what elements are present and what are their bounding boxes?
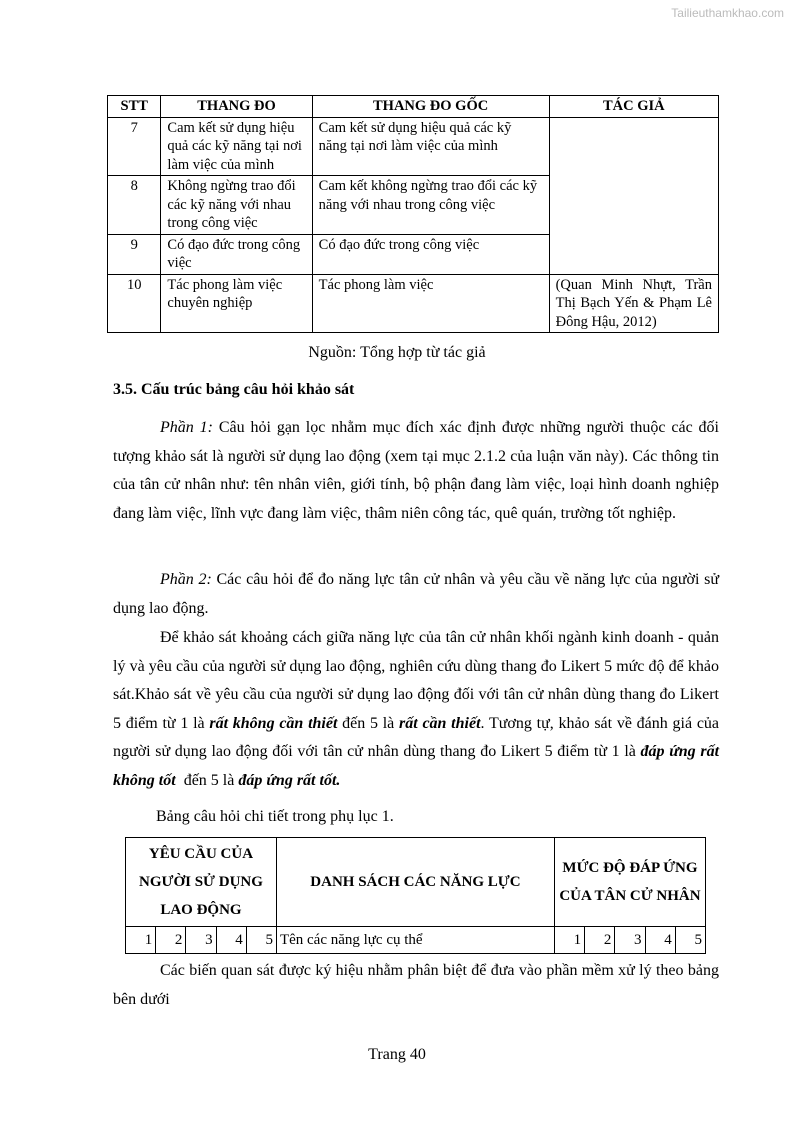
- cell-scale: Tác phong làm việc chuyên nghiệp: [161, 274, 312, 333]
- paragraph-part2: Phần 2: Các câu hỏi để đo năng lực tân c…: [113, 566, 719, 623]
- text: đến 5 là: [337, 715, 399, 732]
- cell-stt: 8: [108, 176, 161, 235]
- paragraph-part1: Phần 1: Câu hỏi gạn lọc nhằm mục đích xá…: [113, 414, 719, 528]
- left-scale-5: 5: [246, 927, 276, 954]
- text: đến 5 là: [176, 772, 239, 789]
- header-employer-requirement: YÊU CẦU CỦA NGƯỜI SỬ DỤNG LAO ĐỘNG: [126, 838, 277, 927]
- header-competency-list: DANH SÁCH CÁC NĂNG LỰC: [276, 838, 554, 927]
- watermark: Tailieuthamkhao.com: [671, 6, 784, 20]
- header-original-scale: THANG ĐO GỐC: [312, 96, 549, 118]
- cell-stt: 10: [108, 274, 161, 333]
- paragraph-appendix: Bảng câu hỏi chi tiết trong phụ lục 1.: [113, 803, 719, 832]
- right-scale-3: 3: [615, 927, 645, 954]
- emphasis: rất không cần thiết: [209, 715, 337, 732]
- page-number: Trang 40: [0, 1046, 794, 1064]
- left-scale-4: 4: [216, 927, 246, 954]
- left-scale-1: 1: [126, 927, 156, 954]
- text: Các biến quan sát được ký hiệu nhằm phân…: [113, 962, 719, 1008]
- emphasis: rất cần thiết: [399, 715, 481, 732]
- header-stt: STT: [108, 96, 161, 118]
- cell-original: Cam kết không ngừng trao đổi các kỹ năng…: [312, 176, 549, 235]
- part2-label: Phần 2:: [160, 571, 212, 588]
- header-scale: THANG ĐO: [161, 96, 312, 118]
- questionnaire-structure-table: YÊU CẦU CỦA NGƯỜI SỬ DỤNG LAO ĐỘNG DANH …: [125, 837, 706, 954]
- cell-scale: Có đạo đức trong công việc: [161, 234, 312, 274]
- table-row: 10 Tác phong làm việc chuyên nghiệp Tác …: [108, 274, 719, 333]
- cell-stt: 7: [108, 117, 161, 176]
- table-source: Nguồn: Tổng hợp từ tác giả: [0, 344, 794, 362]
- table-row: 7 Cam kết sử dụng hiệu quả các kỹ năng t…: [108, 117, 719, 176]
- cell-original: Có đạo đức trong công việc: [312, 234, 549, 274]
- table-header-row: STT THANG ĐO THANG ĐO GỐC TÁC GIẢ: [108, 96, 719, 118]
- table-row: 1 2 3 4 5 Tên các năng lực cụ thể 1 2 3 …: [126, 927, 706, 954]
- cell-stt: 9: [108, 234, 161, 274]
- left-scale-2: 2: [156, 927, 186, 954]
- cell-original: Cam kết sử dụng hiệu quả các kỹ năng tại…: [312, 117, 549, 176]
- competency-name: Tên các năng lực cụ thể: [276, 927, 554, 954]
- table-header-row: YÊU CẦU CỦA NGƯỜI SỬ DỤNG LAO ĐỘNG DANH …: [126, 838, 706, 927]
- cell-author-empty: [549, 117, 718, 274]
- cell-original: Tác phong làm việc: [312, 274, 549, 333]
- paragraph-variables: Các biến quan sát được ký hiệu nhằm phân…: [113, 957, 719, 1014]
- paragraph-likert: Để khảo sát khoảng cách giữa năng lực củ…: [113, 624, 719, 795]
- right-scale-4: 4: [645, 927, 675, 954]
- text: Bảng câu hỏi chi tiết trong phụ lục 1.: [156, 808, 394, 825]
- cell-scale: Không ngừng trao đổi các kỹ năng với nha…: [161, 176, 312, 235]
- right-scale-2: 2: [585, 927, 615, 954]
- section-heading: 3.5. Cấu trúc bảng câu hỏi khảo sát: [113, 381, 354, 399]
- part1-label: Phần 1:: [160, 419, 213, 436]
- scale-table: STT THANG ĐO THANG ĐO GỐC TÁC GIẢ 7 Cam …: [107, 95, 719, 333]
- header-author: TÁC GIẢ: [549, 96, 718, 118]
- cell-scale: Cam kết sử dụng hiệu quả các kỹ năng tại…: [161, 117, 312, 176]
- header-graduate-response: MỨC ĐỘ ĐÁP ỨNG CỦA TÂN CỬ NHÂN: [554, 838, 705, 927]
- emphasis: đáp ứng rất tốt.: [238, 772, 340, 789]
- left-scale-3: 3: [186, 927, 216, 954]
- cell-author: (Quan Minh Nhựt, Trần Thị Bạch Yến & Phạ…: [549, 274, 718, 333]
- right-scale-5: 5: [675, 927, 705, 954]
- right-scale-1: 1: [554, 927, 584, 954]
